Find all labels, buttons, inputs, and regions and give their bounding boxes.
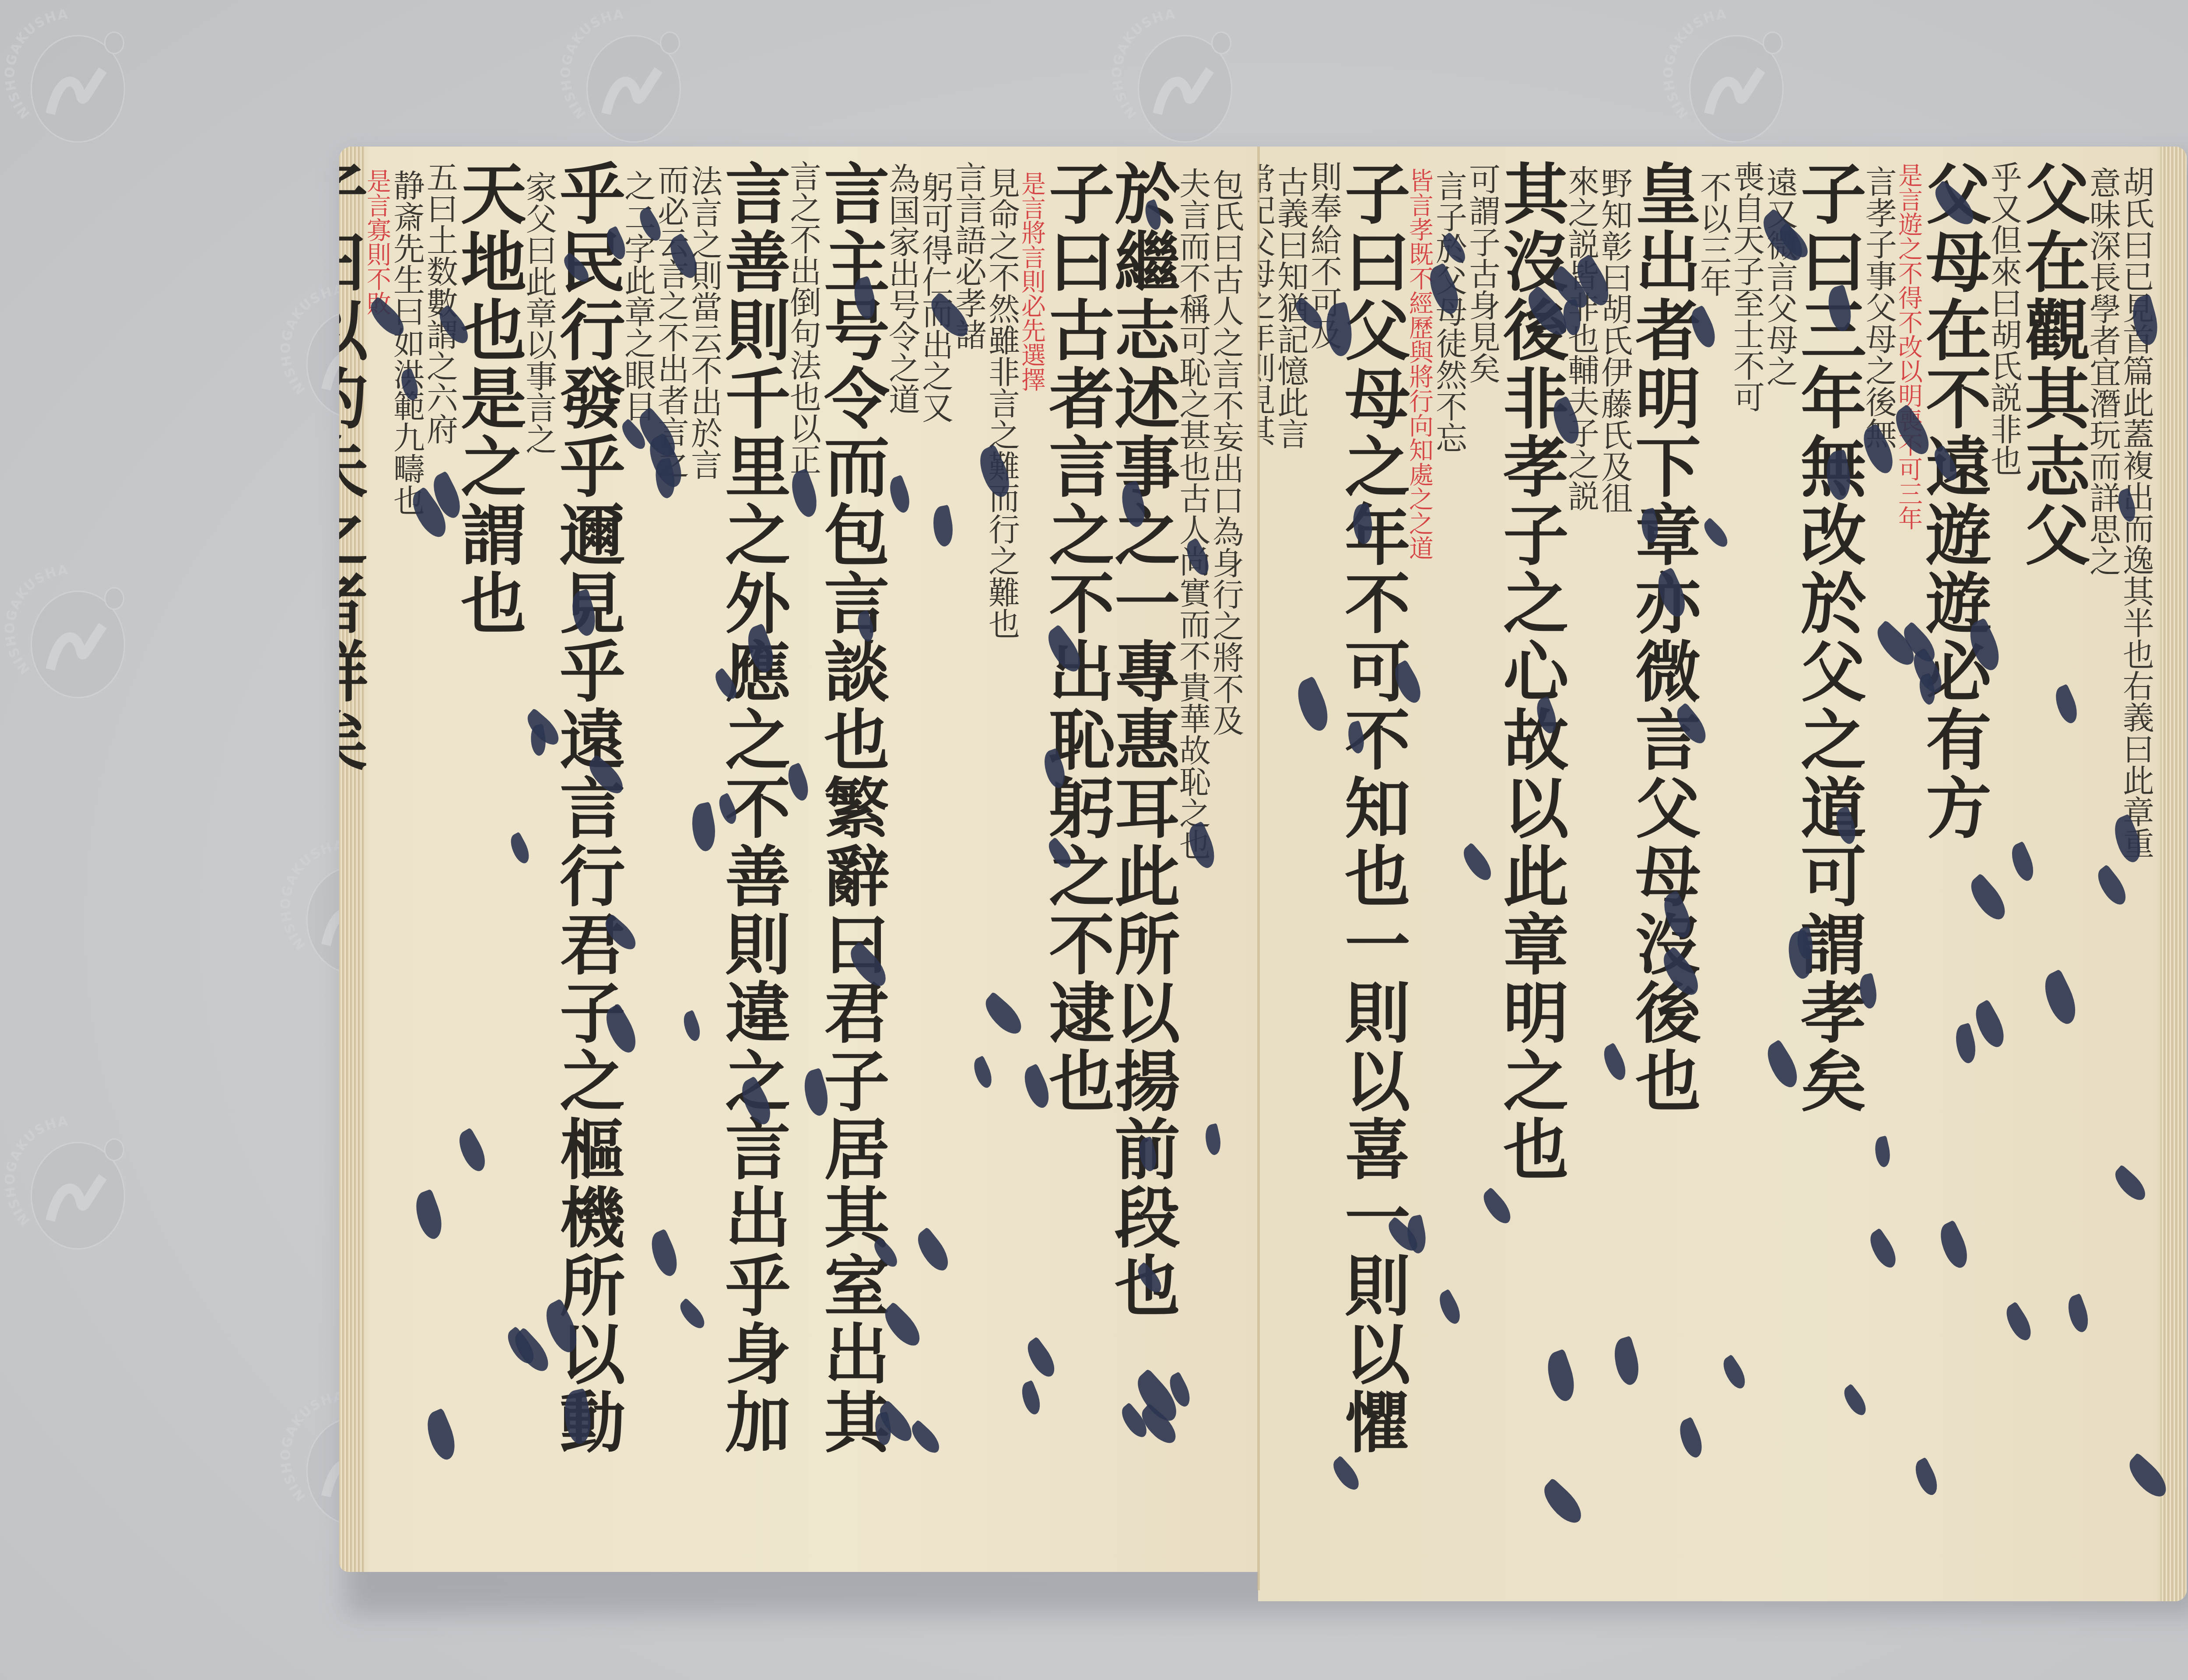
red-annotation-column: 是言寡則不敗 bbox=[363, 160, 389, 1525]
svg-text:NISHOGAKUSHA: NISHOGAKUSHA bbox=[280, 282, 345, 397]
commentary-column: 而必云言之不出者言之 bbox=[653, 160, 687, 1525]
main-text-column: 言主号令而包言談也繁辭曰君子居其室出其 bbox=[819, 160, 884, 1525]
commentary-column: 包氏曰古人之言不妄出口為身行之將不及 bbox=[1208, 160, 1241, 1525]
main-text-column: 於繼志述事之一專惠耳此所以揚前段也 bbox=[1109, 160, 1175, 1525]
commentary-column: 之二字此章之眼目 bbox=[620, 160, 653, 1525]
commentary-column: 來之説皆非也輔夫子之説 bbox=[1564, 160, 1597, 1456]
left-page: 包氏曰古人之言不妄出口為身行之將不及夫言而不稱可恥之甚也古人尚實而不貴華故恥之也… bbox=[339, 147, 1259, 1572]
commentary-column: 言言語必孝諸 bbox=[951, 160, 984, 1525]
svg-text:NISHOGAKUSHA: NISHOGAKUSHA bbox=[4, 7, 70, 121]
page-edge-stack-right bbox=[2160, 147, 2187, 1601]
commentary-column: 胡氏曰已見首篇此蓋複出而逸其半也右義曰此章重 bbox=[2118, 160, 2152, 1456]
nishogakusha-watermark-icon: NISHOGAKUSHA bbox=[4, 1111, 149, 1256]
main-text-column: 其沒後非孝子之心故以此章明之也 bbox=[1498, 160, 1564, 1456]
nishogakusha-watermark-icon: NISHOGAKUSHA bbox=[1112, 4, 1256, 149]
main-text-column: 子曰以約失之者鮮矣 bbox=[339, 160, 363, 1525]
svg-text:NISHOGAKUSHA: NISHOGAKUSHA bbox=[280, 1389, 345, 1504]
red-annotation-column: 皆言孝既不經歷與將行向知處之之道 bbox=[1405, 160, 1431, 1456]
svg-text:NISHOGAKUSHA: NISHOGAKUSHA bbox=[560, 7, 625, 121]
nishogakusha-watermark-icon: NISHOGAKUSHA bbox=[4, 560, 149, 704]
blue-ink-mark-icon bbox=[1537, 1478, 1588, 1528]
left-page-text: 包氏曰古人之言不妄出口為身行之將不及夫言而不稱可恥之甚也古人尚實而不貴華故恥之也… bbox=[339, 160, 1241, 1525]
book-gutter bbox=[1257, 147, 1260, 1590]
right-page: 胡氏曰已見首篇此蓋複出而逸其半也右義曰此章重意味深長學者宜潛玩而詳思之父在觀其志… bbox=[1258, 147, 2187, 1601]
right-page-text: 胡氏曰已見首篇此蓋複出而逸其半也右義曰此章重意味深長學者宜潛玩而詳思之父在觀其志… bbox=[1258, 160, 2152, 1456]
commentary-column: 不以三年 bbox=[1696, 160, 1729, 1456]
nishogakusha-watermark-icon: NISHOGAKUSHA bbox=[560, 4, 705, 149]
commentary-column: 見命之不然雖非言之難而行之難也 bbox=[984, 160, 1017, 1525]
commentary-column: 喪自天子至士不可 bbox=[1729, 160, 1762, 1456]
svg-text:NISHOGAKUSHA: NISHOGAKUSHA bbox=[280, 838, 345, 952]
commentary-column: 古義曰知猶記憶此言 bbox=[1273, 160, 1306, 1456]
main-text-column: 子曰父母之年不可不知也一則以喜一則以懼 bbox=[1339, 160, 1405, 1456]
main-text-column: 言善則千里之外應之不善則違之言出乎身加 bbox=[720, 160, 785, 1525]
svg-text:NISHOGAKUSHA: NISHOGAKUSHA bbox=[1112, 7, 1177, 121]
main-text-column: 皇出者明下章亦微言父母沒後也 bbox=[1630, 160, 1696, 1456]
blue-ink-mark-icon bbox=[1910, 1457, 1943, 1498]
commentary-column: 意味深長學者宜潛玩而詳思之 bbox=[2085, 160, 2118, 1456]
svg-text:NISHOGAKUSHA: NISHOGAKUSHA bbox=[4, 562, 70, 677]
blue-ink-mark-icon bbox=[1328, 1455, 1365, 1493]
main-text-column: 子曰三年無改於父之道可謂孝矣 bbox=[1795, 160, 1861, 1456]
nishogakusha-watermark-icon: NISHOGAKUSHA bbox=[4, 4, 149, 149]
svg-text:NISHOGAKUSHA: NISHOGAKUSHA bbox=[4, 1113, 70, 1228]
commentary-column: 静斎先生曰如洪範九疇也 bbox=[389, 160, 422, 1525]
open-book: 包氏曰古人之言不妄出口為身行之將不及夫言而不稱可恥之甚也古人尚實而不貴華故恥之也… bbox=[339, 147, 2187, 1603]
main-text-column: 父在觀其志父 bbox=[2020, 160, 2085, 1456]
svg-text:NISHOGAKUSHA: NISHOGAKUSHA bbox=[1663, 7, 1728, 121]
commentary-column: 言子於父母徒然不忘 bbox=[1431, 160, 1465, 1456]
commentary-column: 躬可得仁而出之又 bbox=[918, 160, 951, 1525]
commentary-column: 常記父母之年則見其 bbox=[1258, 160, 1273, 1456]
nishogakusha-watermark-icon: NISHOGAKUSHA bbox=[1663, 4, 1807, 149]
